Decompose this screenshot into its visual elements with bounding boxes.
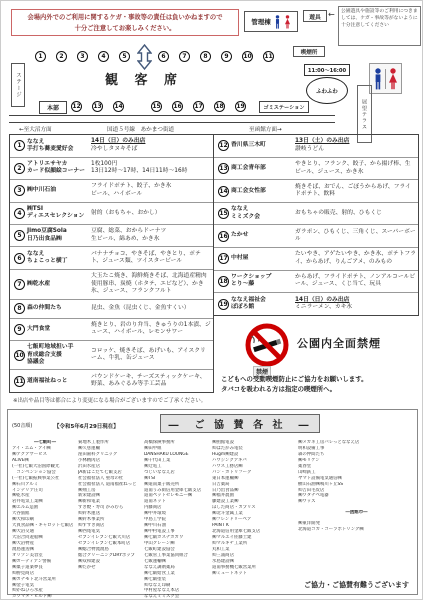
stall-number: 13	[218, 163, 229, 174]
vendor-row: 6ななえ ちょこっと横丁バナナチョコ、やきそば、やきとり、ポテト、ジュース類、ツ…	[10, 247, 213, 270]
stall-number: 7	[14, 279, 25, 290]
stall-number: 17	[218, 253, 229, 264]
map-stall-number: 6	[158, 51, 169, 62]
stall-number: 9	[14, 324, 25, 335]
vendor-name: Jimo豆腐Sola 日乃出食品㈱	[27, 228, 91, 242]
no-smoking-title: 公園内全面禁煙	[297, 335, 381, 351]
warning-box: 会場内外でのご利用に関するケガ・事故等の責任は負いかねますので 十分ご注意してお…	[11, 9, 239, 36]
map-stall-number: 13	[92, 101, 103, 112]
male-restroom-icon	[274, 15, 281, 29]
stall-number: 1	[14, 140, 25, 151]
vendor-row: 19ななえ福祉会 ぽぽろ館14日（日）のみ出店ミニラーメン、カキ氷	[214, 293, 418, 315]
vendor-row: 17中村屋たいやき、アゲたいやき、かき氷、ポテトフライ、からあげ、りんごアメ、の…	[214, 248, 418, 271]
vendor-description: 焼きとり、岩のり弁当、きゅうりの1本漬、ジュース、ハイボール、レモンサワー	[91, 322, 211, 337]
vendor-table-right-column: 12香川県三木町13日（土）のみ出店讃岐うどん13商工会青年部やきとり、フランク…	[214, 134, 419, 316]
road-label-hakodate: 至函館方面→	[249, 125, 282, 133]
stall-number: 2	[14, 163, 25, 174]
vendor-description: たいやき、アゲたいやき、かき氷、ポテトフライ、からあげ、りんごアメ、のみもの	[295, 251, 416, 266]
vendor-description: パウンドケーキ、チーズスティックケーキ、野菜、あみぐるみ等手工芸品	[91, 374, 211, 389]
vendor-description: ガラポン、ひもくじ、三角くじ、スーパーボール	[295, 229, 416, 244]
sponsor-column: ―七飯町―アイ・エム・アイ㈱㈱アクアサービスALIVE㈱(一社)七飯大沼国際観光…	[12, 440, 78, 600]
stall-number: 12	[218, 140, 229, 151]
vendor-items: 冷やしタヌキそば	[91, 146, 137, 152]
sponsor-column: 高橋保険事務所㈱田中組DANSHAKU LOUNGE㈱千代田工業㈱辻電工つじいな…	[144, 440, 212, 600]
stall-number: 10	[14, 350, 25, 361]
vendor-description: 13日（土）のみ出店讃岐うどん	[295, 138, 416, 153]
vendor-items: 焼きそば、おでん、ごぼうからあげ、フライドポテト、飲料	[295, 184, 411, 198]
vendor-name: 七飯町地域担い手 育成総合支援 協議会	[27, 344, 91, 366]
vendor-table-left-column: 1ななえ 手打ち蕎麦愛好会14日（日）のみ出店冷やしタヌキそば2アトリエサヤカ …	[9, 134, 214, 393]
entrance-double-arrow-icon	[137, 44, 152, 70]
headquarters-box: 本部	[39, 101, 67, 114]
road-label-onuma: ←至大沼方面	[19, 125, 52, 133]
vendor-items: 昆虫、金魚（昆虫くじ、金魚すくい）	[91, 305, 190, 311]
stage-box: ステージ	[11, 63, 25, 107]
stall-number: 14	[218, 186, 229, 197]
vendor-row: 14商工会女性部焼きそば、おでん、ごぼうからあげ、フライドポテト、飲料	[214, 180, 418, 203]
vendor-name: 大門食堂	[27, 326, 91, 333]
vendor-items: たいやき、アゲたいやき、かき氷、ポテトフライ、からあげ、りんごアメ、のみもの	[295, 251, 416, 265]
vendor-row: 10七飯町地域担い手 育成総合支援 協議会コロッケ、焼きそば、あげいも、アイスク…	[10, 341, 213, 370]
map-stall-number: 7	[179, 51, 190, 62]
bouncy-castle-area: ふわふわ	[306, 77, 348, 104]
vendor-row: 15ななえ ミミズク会おもちゃの販売、射的、ひもくじ	[214, 203, 418, 225]
map-stall-number: 19	[235, 101, 246, 112]
vendor-name: ㈱TSI ディエスセレクション	[27, 206, 91, 220]
vendor-row: 5Jimo豆腐Sola 日乃出食品㈱豆腐、総菜、おからドーナツ 生ビール、綿あめ…	[10, 225, 213, 248]
sponsor-name: 総合クリーニングDRYポップ	[78, 553, 144, 559]
sponsor-name: ㈱たかせ	[78, 565, 144, 571]
vendor-description: 14日（日）のみ出店ミニラーメン、カキ氷	[295, 297, 416, 312]
vendor-items: 焼きとり、岩のり弁当、きゅうりの1本漬、ジュース、ハイボール、レモンサワー	[91, 322, 211, 336]
stall-number: 6	[14, 253, 25, 264]
vendor-row: 2アトリエサヤカ カード似顔絵コーナー1枚100円 13日12時～17時、14日…	[10, 158, 213, 181]
vendor-description: 射的（おもちゃ、おかし）	[91, 210, 211, 218]
vendor-items: おもちゃの販売、射的、ひもくじ	[295, 210, 382, 216]
left-arrow-icon: ←	[328, 10, 335, 19]
vendor-name: アトリエサヤカ カード似顔絵コーナー	[27, 161, 91, 175]
vendor-items: 1枚100円 13日12時～17時、14日11時～16時	[91, 161, 187, 175]
no-smoking-icon	[245, 323, 289, 367]
sponsors-columns: ―七飯町―アイ・エム・アイ㈱㈱アクアサービスALIVE㈱(一社)七飯大沼国際観光…	[12, 440, 415, 600]
no-smoking-text: こどもへの受動喫煙防止にご協力をお願いします。 タバコを吸われる方は指定の喫煙所…	[221, 375, 419, 394]
map-stall-number: 15	[151, 101, 162, 112]
female-restroom-icon	[284, 15, 291, 29]
female-restroom-icon	[388, 68, 398, 90]
stall-number: 11	[14, 376, 25, 387]
stall-number: 15	[218, 208, 229, 219]
event-flyer-page: 会場内外でのご利用に関するケガ・事故等の責任は負いかねますので 十分ご注意してお…	[0, 0, 423, 600]
vendor-row: 1ななえ 手打ち蕎麦愛好会14日（日）のみ出店冷やしタヌキそば	[10, 135, 213, 158]
stall-number: 4	[14, 208, 25, 219]
sponsors-order-note: (50音順)	[12, 422, 32, 429]
stall-number: 19	[218, 299, 229, 310]
vendor-description: 豆腐、総菜、おからドーナツ 生ビール、綿あめ、かき氷	[91, 228, 211, 243]
restroom-box	[369, 63, 402, 94]
map-stall-number: 1	[35, 51, 46, 62]
map-stall-number: 18	[214, 101, 225, 112]
stall-numbers-1-5: 12345	[35, 51, 130, 62]
map-stall-number: 9	[221, 51, 232, 62]
vendor-description: 14日（日）のみ出店冷やしタヌキそば	[91, 138, 211, 153]
vendor-row: 3㈱中川石油フライドポテト、餃子、かき氷 ビール、ハイボール	[10, 180, 213, 203]
map-stall-number: 2	[56, 51, 67, 62]
vendor-items: 讃岐うどん	[295, 146, 324, 152]
vendor-name: ななえ ミミズク会	[231, 206, 295, 220]
vendor-name: ななえ福祉会 ぽぽろ館	[231, 297, 295, 311]
stall-numbers-12-14: 121314	[71, 101, 124, 112]
warning-line2: 十分ご注意してお楽しみください。	[75, 25, 176, 32]
vendor-items: パウンドケーキ、チーズスティックケーキ、野菜、あみぐるみ等手工芸品	[91, 374, 206, 388]
map-stall-number: 12	[71, 101, 82, 112]
stall-number: 16	[218, 231, 229, 242]
sponsor-name: 北海道コカ・コーラボトリング㈱	[298, 527, 415, 533]
sponsors-thanks-note: ご協力・ご協賛有難うございます	[304, 580, 409, 590]
map-stall-number: 4	[98, 51, 109, 62]
vendor-row: 13商工会青年部やきとり、フランク、餃子、から揚げ棒、生ビール、ジュース、かき氷	[214, 158, 418, 181]
fuwafuwa-hours-box: 11:00～16:00	[304, 64, 350, 76]
vendor-row: 7㈱乾水産大玉たこ焼き、海鮮焼きそば、北海道産精肉使用豚串、炭焼（ホタテ、エビな…	[10, 270, 213, 300]
stall-numbers-15-19: 1516171819	[151, 101, 246, 112]
vendor-items: 豆腐、総菜、おからドーナツ 生ビール、綿あめ、かき氷	[91, 228, 166, 242]
vendor-name: 道南福祉ねっと	[27, 378, 91, 385]
vendor-name: 商工会青年部	[231, 165, 295, 172]
vendor-description: 昆虫、金魚（昆虫くじ、金魚すくい）	[91, 305, 211, 313]
vendor-row: 4㈱TSI ディエスセレクション射的（おもちゃ、おかし）	[10, 203, 213, 225]
vendor-items: コロッケ、焼きそば、あげいも、アイスクリーム、牛乳、缶ジュース	[91, 348, 206, 362]
vendor-row: 16たかせガラポン、ひもくじ、三角くじ、スーパーボール	[214, 225, 418, 248]
playground-box: 遊具	[303, 10, 327, 22]
sponsor-name: ㈱ミュートネット	[212, 571, 298, 577]
stage-label: ステージ	[14, 72, 22, 98]
map-stall-number: 17	[193, 101, 204, 112]
vendor-date-note: 14日（日）のみ出店	[91, 138, 211, 146]
vendor-name: ななえ ちょこっと横丁	[27, 251, 91, 265]
vendor-row: 18ワークショップ とり～藤からあげ、フライドポテト、ノンアルコールビール、ジュ…	[214, 271, 418, 294]
sponsors-date-note: 【令和5年6月29日現在】	[54, 422, 119, 430]
vendor-description: からあげ、フライドポテト、ノンアルコールビール、ジュース、くじ当て、玩具	[295, 274, 416, 289]
sponsor-column: 菊地木工製作所㈱久慈運輸窪田歯科クリニック小林精肉店沢田水産店JA新はこだて七飯…	[78, 440, 144, 600]
vendor-description: コロッケ、焼きそば、あげいも、アイスクリーム、牛乳、缶ジュース	[91, 348, 211, 363]
sponsors-title: ― ご 協 賛 各 社 ―	[160, 414, 320, 433]
map-stall-number: 5	[119, 51, 130, 62]
stall-number: 18	[218, 276, 229, 287]
sponsor-name: 社会福祉法人 道南福祉ねっと	[78, 482, 144, 488]
vendor-name: 商工会女性部	[231, 188, 295, 195]
vendor-name: 香川県三木町	[231, 142, 295, 149]
playground-note: 公園遊具や施設等のご利用につきましては、ケガ・事故等がないように十分注意してくだ…	[338, 6, 421, 46]
playground-label: 遊具	[309, 12, 321, 21]
vendor-description: バナナチョコ、やきそば、やきとり、ポテト、ジュース類、ツイスタービール	[91, 251, 211, 266]
sponsor-name: ななえミミズク会	[144, 594, 212, 600]
sponsor-name: カワマタ・ビルド㈱	[12, 594, 78, 600]
sponsor-column: ㈱メガネ工房パレっとななえ店明和設備工事森の仲間たち㈱モリケン薬春堂山崎鉄工ヤマ…	[298, 440, 415, 600]
vendor-description: 大玉たこ焼き、海鮮焼きそば、北海道産精肉使用豚串、炭焼（ホタテ、エビなど）、かき…	[91, 273, 211, 296]
vendor-name: ワークショップ とり～藤	[231, 274, 295, 288]
vendor-row: 12香川県三木町13日（土）のみ出店讃岐うどん	[214, 135, 418, 158]
vendor-items: フライドポテト、餃子、かき氷 ビール、ハイボール	[91, 183, 171, 197]
stall-number: 5	[14, 230, 25, 241]
male-restroom-icon	[373, 68, 383, 90]
stall-number: 3	[14, 185, 25, 196]
vendor-row: 8森の仲間たち昆虫、金魚（昆虫くじ、金魚すくい）	[10, 300, 213, 319]
map-stall-number: 16	[172, 101, 183, 112]
vendor-row: 11道南福祉ねっとパウンドケーキ、チーズスティックケーキ、野菜、あみぐるみ等手工…	[10, 370, 213, 392]
map-stall-number: 14	[113, 101, 124, 112]
vendor-description: 1枚100円 13日12時～17時、14日11時～16時	[91, 161, 211, 176]
no-smoking-block: 禁煙 公園内全面禁煙 こどもへの受動喫煙防止にご協力をお願いします。 タバコを吸…	[217, 319, 419, 391]
vendor-row: 9大門食堂焼きとり、岩のり弁当、きゅうりの1本漬、ジュース、ハイボール、レモンサ…	[10, 319, 213, 342]
road-label-route5: 国道５号線 あかまつ街道	[107, 125, 174, 133]
vendor-name: たかせ	[231, 232, 295, 239]
change-disclaimer-note: ※出店や品目等は都合により変更になる場合がございますのでご了承ください。	[13, 396, 206, 404]
vendor-description: おもちゃの販売、射的、ひもくじ	[295, 210, 416, 218]
audience-seating-label: 観 客 席	[59, 69, 229, 88]
vendor-items: 射的（おもちゃ、おかし）	[91, 210, 161, 216]
vendor-items: 大玉たこ焼き、海鮮焼きそば、北海道産精肉使用豚串、炭焼（ホタテ、エビなど）、かき…	[91, 273, 207, 294]
vendor-name: ㈱乾水産	[27, 281, 91, 288]
management-building-box: 管理棟	[244, 11, 298, 32]
vendor-items: やきとり、フランク、餃子、から揚げ棒、生ビール、ジュース、かき氷	[295, 161, 411, 175]
sponsor-column: ㈱函館電設㈲はたがみ電装Hugm㈱建設ハウジングアキバハウス工務店㈱パン・カトリ…	[212, 440, 298, 600]
map-stall-number: 11	[263, 51, 274, 62]
sponsors-section: (50音順) 【令和5年6月29日現在】 ― ご 協 賛 各 社 ― ―七飯町―…	[7, 409, 418, 595]
stall-numbers-6-11: 67891011	[158, 51, 274, 62]
map-stall-number: 8	[200, 51, 211, 62]
warning-line1: 会場内外でのご利用に関するケガ・事故等の責任は負いかねますので	[27, 14, 222, 21]
garbage-station-box: ゴミステーション	[259, 101, 309, 113]
vendor-date-note: 13日（土）のみ出店	[295, 138, 416, 146]
map-stall-number: 10	[242, 51, 253, 62]
road-route5	[9, 115, 335, 123]
vendor-name: ななえ 手打ち蕎麦愛好会	[27, 139, 91, 153]
vendor-description: フライドポテト、餃子、かき氷 ビール、ハイボール	[91, 183, 211, 198]
vendor-name: 中村屋	[231, 255, 295, 262]
vendor-description: 焼きそば、おでん、ごぼうからあげ、フライドポテト、飲料	[295, 184, 416, 199]
vendor-name: 森の仲間たち	[27, 305, 91, 312]
vendor-name: ㈱中川石油	[27, 187, 91, 194]
management-building-label: 管理棟	[251, 17, 271, 26]
vendor-items: からあげ、フライドポテト、ノンアルコールビール、ジュース、くじ当て、玩具	[295, 274, 415, 288]
stall-number: 8	[14, 303, 25, 314]
vendor-items: ガラポン、ひもくじ、三角くじ、スーパーボール	[295, 229, 416, 243]
vendor-items: バナナチョコ、やきそば、やきとり、ポテト、ジュース類、ツイスタービール	[91, 251, 201, 265]
smoking-area-label: 喫煙所	[301, 48, 318, 56]
bouncy-castle-label: ふわふわ	[316, 87, 338, 95]
map-stall-number: 3	[77, 51, 88, 62]
smoking-area-box: 喫煙所	[293, 46, 325, 57]
divider	[385, 69, 386, 89]
vendor-description: やきとり、フランク、餃子、から揚げ棒、生ビール、ジュース、かき氷	[295, 161, 416, 176]
vendor-items: ミニラーメン、カキ氷	[295, 304, 352, 310]
